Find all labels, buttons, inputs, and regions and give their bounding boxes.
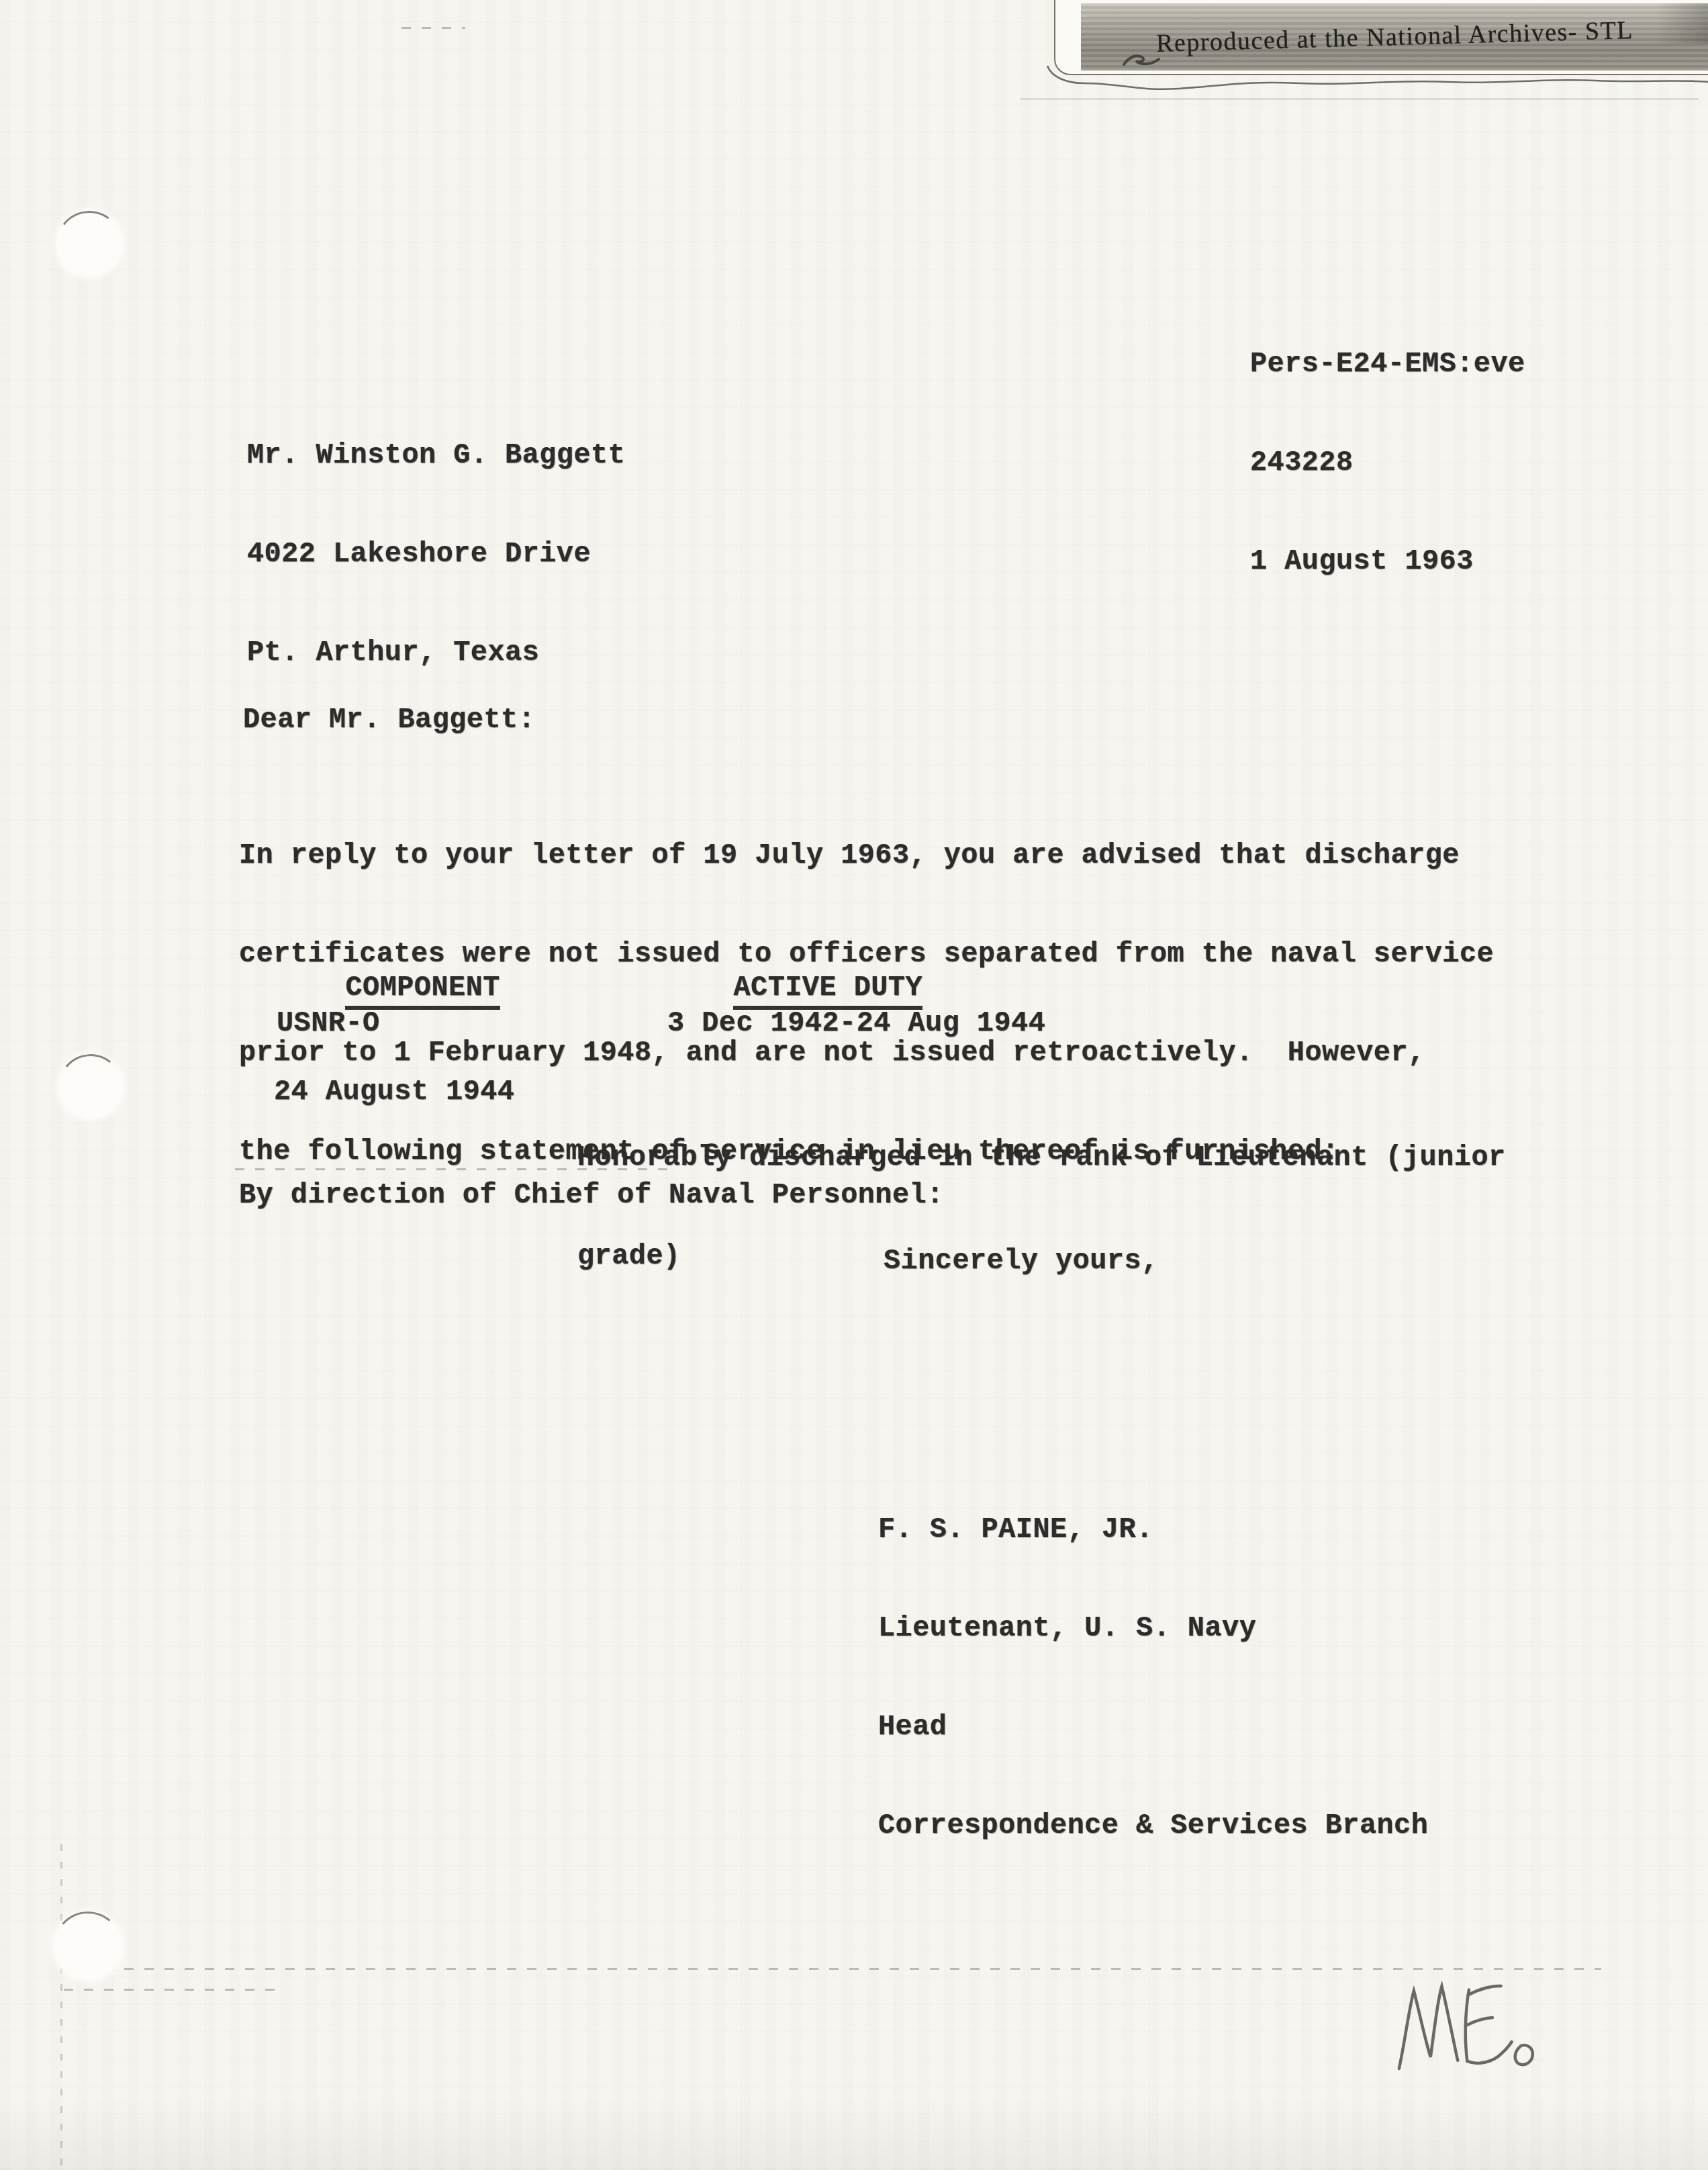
body-line: In reply to your letter of 19 July 1963,… [239,839,1494,872]
salutation: Dear Mr. Baggett: [243,704,535,737]
scanned-letter-page: Reproduced at the National Archives- STL… [0,0,1708,2170]
ink-smudge [1123,52,1160,70]
archives-banner-text: Reproduced at the National Archives- STL [1156,15,1634,58]
scan-streak [64,1968,1601,1970]
reference-date: 1 August 1963 [1250,545,1525,578]
reference-office-symbol: Pers-E24-EMS:eve [1250,348,1525,381]
component-header-label: COMPONENT [345,972,500,1010]
active-duty-header-label: ACTIVE DUTY [733,972,922,1010]
discharge-row-date: 24 August 1944 [274,1076,514,1108]
recipient-address: Mr. Winston G. Baggett 4022 Lakeshore Dr… [247,373,625,735]
signature-title: Head [878,1711,1428,1744]
reference-serial-number: 243228 [1250,446,1525,479]
handwritten-initials [1388,1971,1543,2088]
service-row-active-duty-value: 3 Dec 1942-24 Aug 1944 [667,1007,1045,1040]
recipient-name: Mr. Winston G. Baggett [247,439,625,472]
recipient-street: 4022 Lakeshore Drive [247,538,625,571]
scan-edge-shading [0,2096,1708,2170]
scan-streak [401,27,465,29]
signature-name: F. S. PAINE, JR. [878,1513,1428,1546]
punch-hole [52,207,127,281]
signature-rank: Lieutenant, U. S. Navy [878,1612,1428,1645]
signature-block: F. S. PAINE, JR. Lieutenant, U. S. Navy … [878,1448,1428,1908]
direction-line: By direction of Chief of Naval Personnel… [239,1179,944,1212]
signature-branch: Correspondence & Services Branch [878,1809,1428,1842]
service-row-component-value: USNR-O [277,1007,380,1040]
scan-streak [64,1989,285,1991]
punch-hole [55,1051,126,1122]
scan-streak [1021,98,1699,100]
closing-line: Sincerely yours, [884,1245,1159,1278]
discharge-description-line: Honorably discharged in the rank of Lieu… [577,1141,1506,1174]
recipient-city: Pt. Arthur, Texas [247,636,625,669]
archives-banner-band: Reproduced at the National Archives- STL [1081,3,1708,70]
reference-block: Pers-E24-EMS:eve 243228 1 August 1963 [1250,282,1525,644]
